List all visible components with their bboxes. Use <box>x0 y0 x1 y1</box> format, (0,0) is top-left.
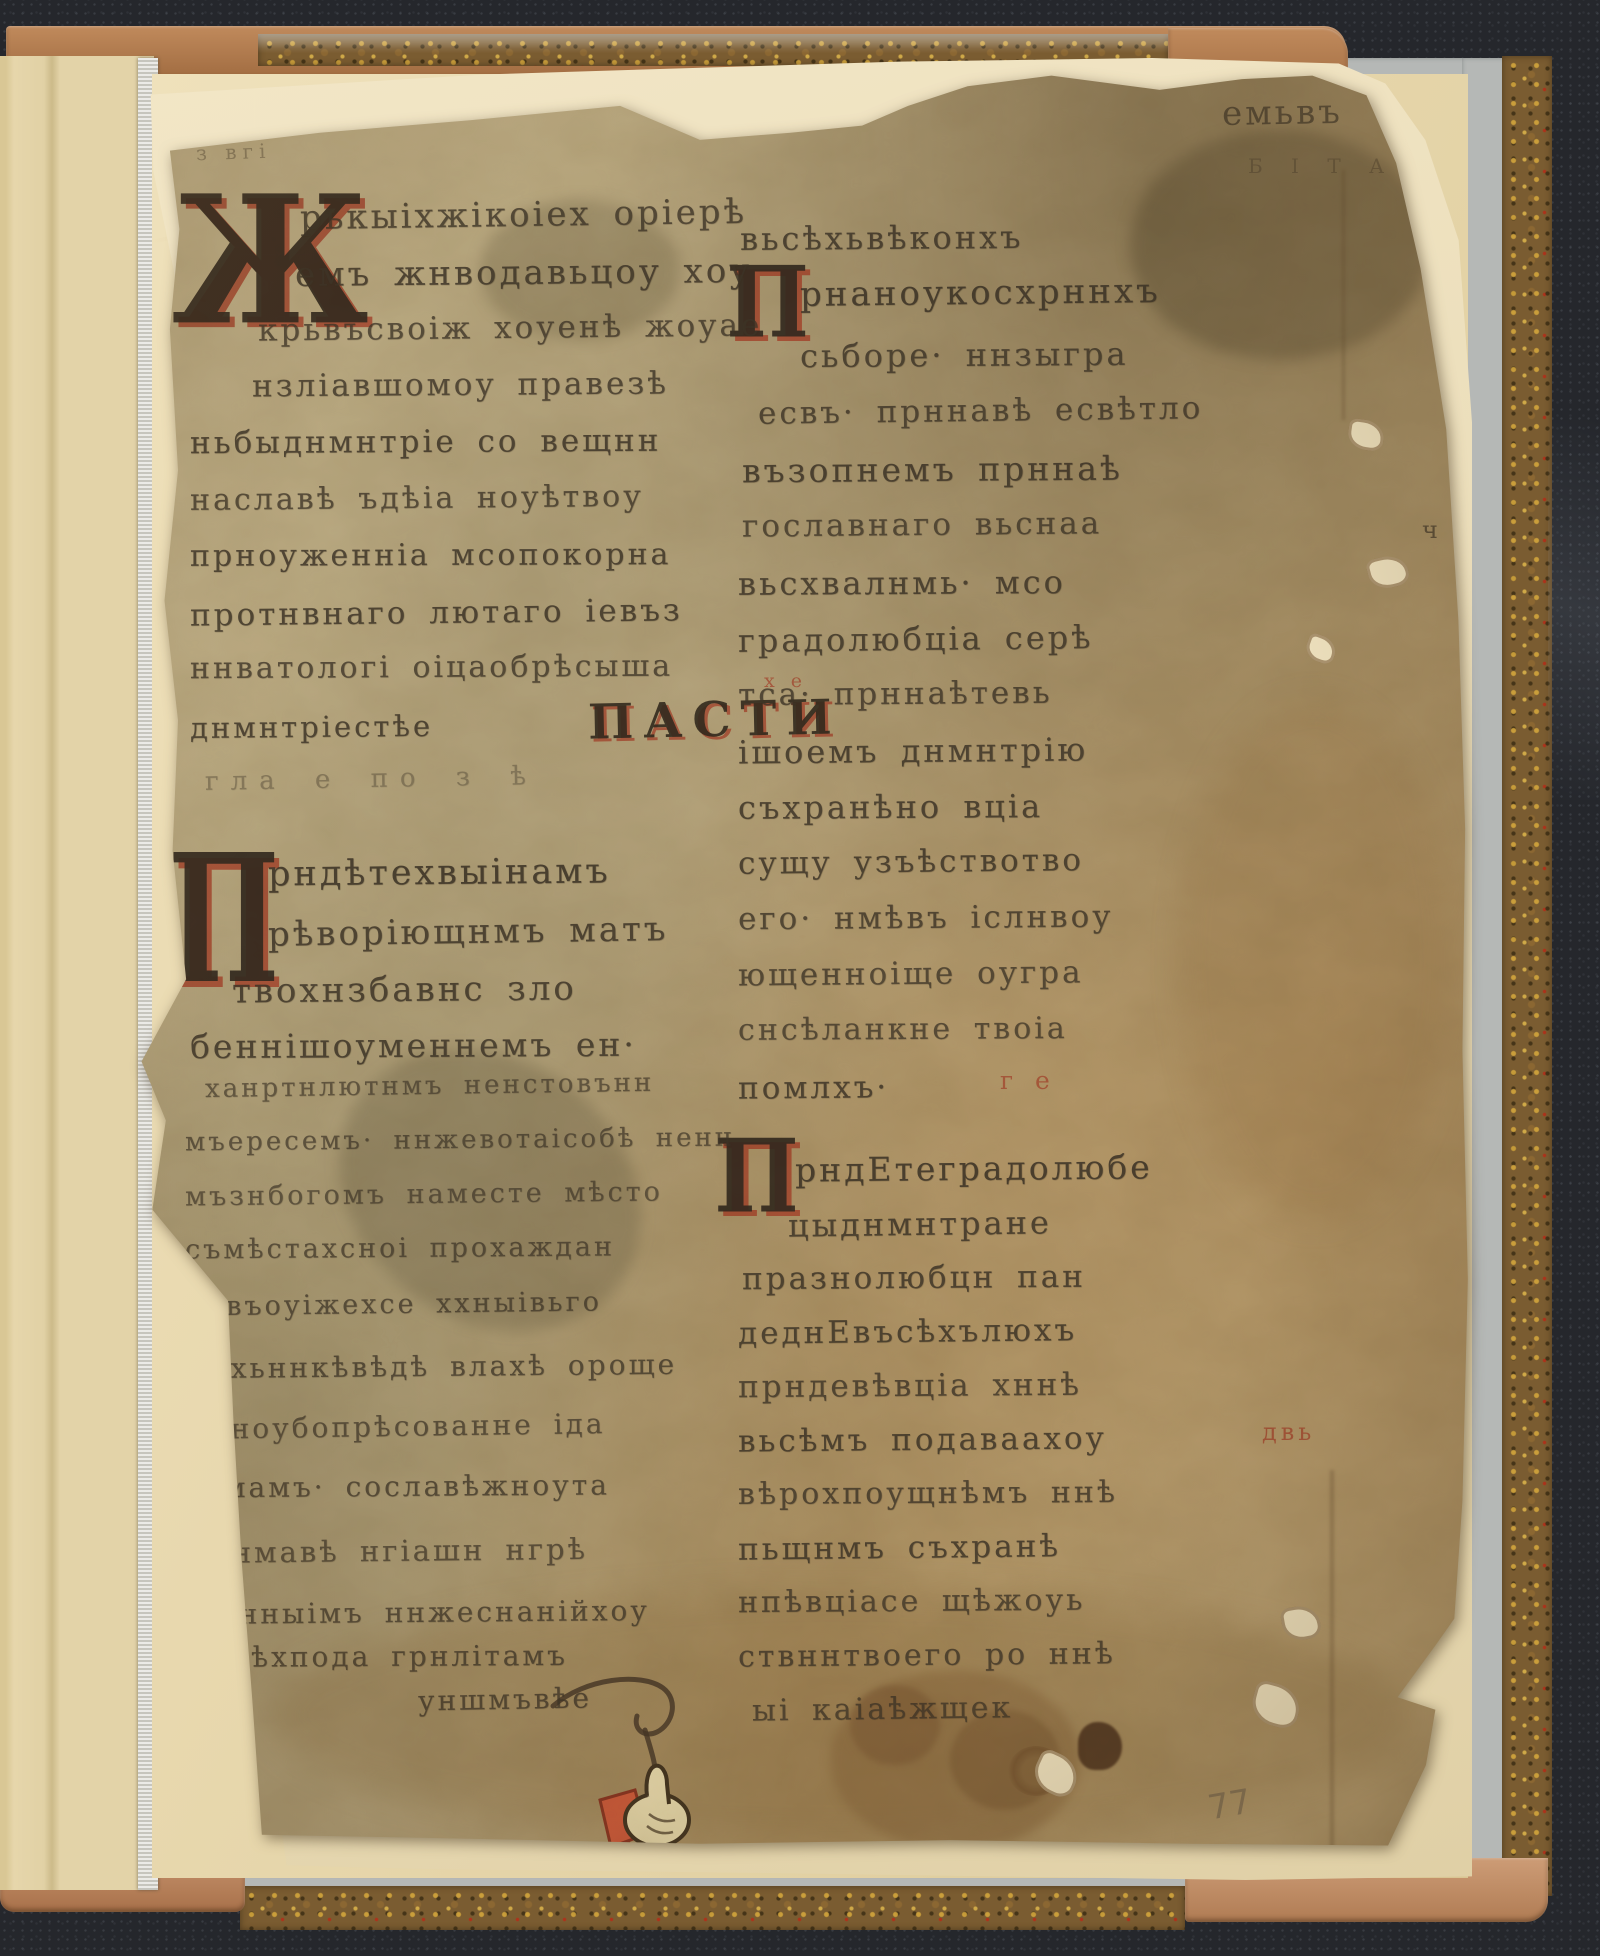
background-reflection <box>1548 420 1600 800</box>
manuscript-text-line: рькыіхжікоіех оріерѣ <box>300 195 747 235</box>
manuscript-text-line: ньбыднмнтріе со вещнн <box>190 426 661 459</box>
manuscript-text-line: гославнаго вьснаа <box>742 508 1102 542</box>
manuscript-text-line: прндевѣвціа хннѣ <box>738 1370 1082 1403</box>
manuscript-text-line: его· нмѣвъ іслнвоу <box>738 902 1114 936</box>
manuscript-text-line: прноуженніа мсопокорна <box>190 540 672 572</box>
manuscript-text-line: деднЕвъсѣхълюхъ <box>738 1315 1077 1350</box>
manuscript-text-line: празнолюбцн пан <box>742 1262 1086 1295</box>
manuscript-text-line: уншмъвѣе <box>418 1684 592 1715</box>
manuscript-text-line: ханртнлютнмъ ненстовънн <box>205 1070 655 1102</box>
manuscript-text-line: шенныімъ ннжеснанійхоу <box>190 1597 650 1629</box>
manuscript-text-line: сьборе· ннзыгра <box>800 338 1129 372</box>
manuscript-text-line: цыднмнтране <box>788 1206 1052 1241</box>
manuscript-text-line: снсѣланкне твоіа <box>738 1014 1068 1046</box>
manuscript-text-line: помлхъ· <box>738 1072 889 1104</box>
manuscript-text-line: сущу узъѣствотво <box>738 845 1084 880</box>
manuscript-text-line: градолюбціа серѣ <box>738 621 1094 657</box>
manuscript-text-line: съхранѣно вціа <box>738 790 1043 824</box>
manuscript-text-line: вннмавѣ нгіашн нгрѣ <box>190 1535 588 1568</box>
manuscript-text-line: ішоемъ днмнтрію <box>738 733 1088 768</box>
manuscript-text-line: рахьннкѣвѣдѣ влахѣ ороще <box>190 1351 677 1383</box>
marbled-paper-right-strip <box>1502 56 1552 1896</box>
manuscript-text-line: рндѣтехвыінамъ <box>268 855 611 893</box>
manuscript-text-line: наславѣ ъдѣіа ноуѣтвоу <box>190 482 644 516</box>
manuscript-text-line: нзліавшомоу правезѣ <box>252 369 669 403</box>
manuscript-text-line: съмѣстахсноі прохаждан <box>185 1233 615 1263</box>
manuscript-text-line: емъ жнводавьцоу хоу <box>295 254 752 292</box>
manuscript-text-line: ыі каіаѣжщек <box>752 1693 1014 1726</box>
manuscript-text-line: тса· прннаѣтевь <box>738 678 1053 711</box>
manuscript-text-line: ствннтвоего ро ннѣ <box>738 1639 1116 1672</box>
manuscript-text-line: мъзнбогомъ наместе мѣсто <box>185 1178 663 1210</box>
manuscript-text-line: беннішоуменнемъ ен· <box>190 1028 637 1063</box>
manuscript-text-line: вьсхвалнмь· мсо <box>738 566 1066 600</box>
manuscript-text-line: хѣмамъ· сославѣжноута <box>185 1472 610 1503</box>
manuscript-text-line: рнаноукосхрннхъ <box>800 274 1161 312</box>
manuscript-text-line: вѣрохпоущнѣмъ ннѣ <box>738 1478 1118 1510</box>
marbled-paper-bottom-strip <box>240 1886 1185 1930</box>
manuscript-text-line: нъвъоуіжехсе ххныівьго <box>185 1288 602 1320</box>
manuscript-text-line: рндЕтеградолюбе <box>795 1150 1153 1186</box>
manuscript-text-layer: рькыіхжікоіех оріерѣемъ жнводавьцоу хоук… <box>128 72 1480 1858</box>
manuscript-text-line: рѣворіющнмъ матъ <box>268 912 669 952</box>
parchment-fragment-wrap: Ж Ж П П П П П П ПАСТИ ПАСТИ емьвъ Б І <box>128 72 1480 1858</box>
manuscript-text-line: мъересемъ· ннжевотаісобѣ ненн <box>185 1125 735 1156</box>
manuscript-text-line: ющенноіще оугра <box>738 957 1084 991</box>
manuscript-text-line: арноубопрѣсованне іда <box>190 1410 606 1444</box>
manuscript-text-line: протнвнаго лютаго іевъз <box>190 595 683 631</box>
manuscript-photograph: Ж Ж П П П П П П ПАСТИ ПАСТИ емьвъ Б І <box>0 0 1600 1956</box>
manuscript-text-line: ннватологі оіцаобрѣсыша <box>190 652 673 685</box>
manuscript-text-line: нпѣвціасе щѣжоуь <box>738 1586 1086 1618</box>
manuscript-text-line: манѣхпода грнлітамъ <box>185 1642 568 1672</box>
manuscript-text-line: възопнемъ прннаѣ <box>742 452 1123 488</box>
parchment-fragment: Ж Ж П П П П П П ПАСТИ ПАСТИ емьвъ Б І <box>128 72 1480 1858</box>
manuscript-text-line: вьсѣмъ подаваахоу <box>738 1423 1107 1457</box>
manuscript-text-line: днмнтріестѣе <box>190 712 433 743</box>
manuscript-text-line: крьвъсвоіж хоуенѣ жоуае <box>258 310 763 346</box>
manuscript-text-line: твохнзбавнс зло <box>232 971 577 1008</box>
manuscript-text-line: гла е по з ѣ <box>205 763 538 795</box>
manuscript-text-line: есвъ· прннавѣ есвѣтло <box>758 393 1204 429</box>
manuscript-text-line: вьсѣхьвѣконхъ <box>740 221 1024 255</box>
manuscript-text-line: пьщнмъ съхранѣ <box>738 1531 1061 1565</box>
